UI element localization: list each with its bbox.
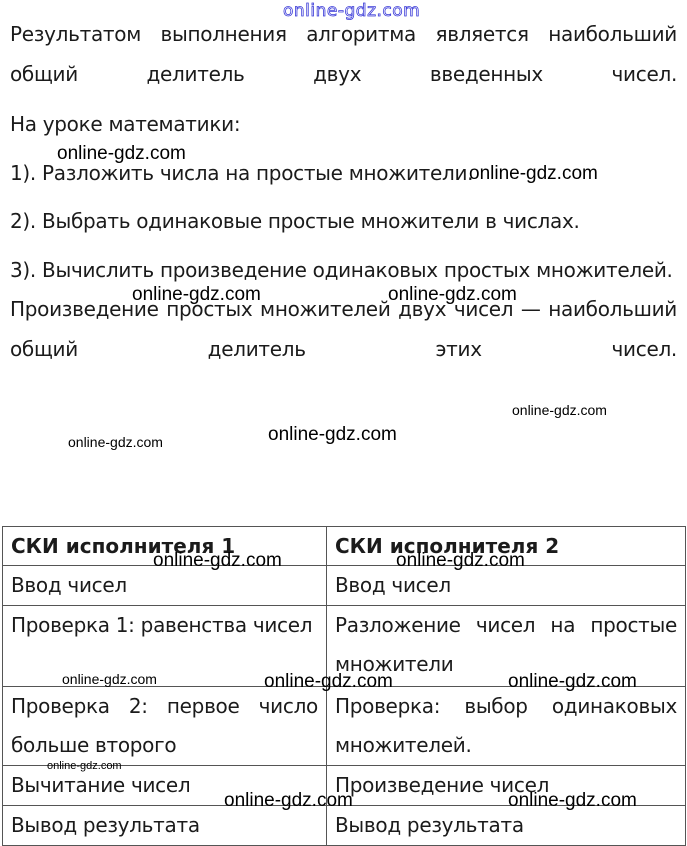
watermark: online-gdz.com (396, 550, 525, 572)
intro-paragraph: Результатом выполнения алгоритма являетс… (10, 14, 677, 94)
watermark: online-gdz.com (57, 143, 186, 165)
watermark: online-gdz.com (264, 671, 393, 693)
header-watermark: online-gdz.com (283, 1, 420, 21)
watermark: online-gdz.com (68, 434, 163, 450)
table-row: Проверка 2: первое число больше второго … (3, 687, 686, 766)
table-cell: Проверка 2: первое число больше второго (3, 687, 327, 766)
watermark: online-gdz.com (268, 424, 397, 446)
watermark: online-gdz.com (388, 284, 517, 306)
lesson-heading: На уроке математики: (10, 104, 677, 144)
step-3: 3). Вычислить произведение одинаковых пр… (10, 250, 677, 290)
watermark: online-gdz.com (47, 760, 122, 772)
watermark: online-gdz.com (132, 284, 261, 306)
watermark: online-gdz.com (224, 790, 353, 812)
conclusion-paragraph: Произведение простых множителей двух чис… (10, 289, 677, 369)
table-header-row: СКИ исполнителя 1 СКИ исполнителя 2 (3, 527, 686, 566)
watermark: online-gdz.com (508, 790, 637, 812)
step-2: 2). Выбрать одинаковые простые множители… (10, 201, 677, 241)
watermark: online-gdz.com (508, 671, 637, 693)
watermark: online-gdz.com (62, 671, 157, 687)
watermark: online-gdz.com (469, 163, 598, 185)
table-row: Ввод чисел Ввод чисел (3, 566, 686, 606)
watermark: online-gdz.com (512, 402, 607, 418)
table-cell: Проверка: выбор одинаковых множителей. (327, 687, 686, 766)
watermark: online-gdz.com (153, 550, 282, 572)
